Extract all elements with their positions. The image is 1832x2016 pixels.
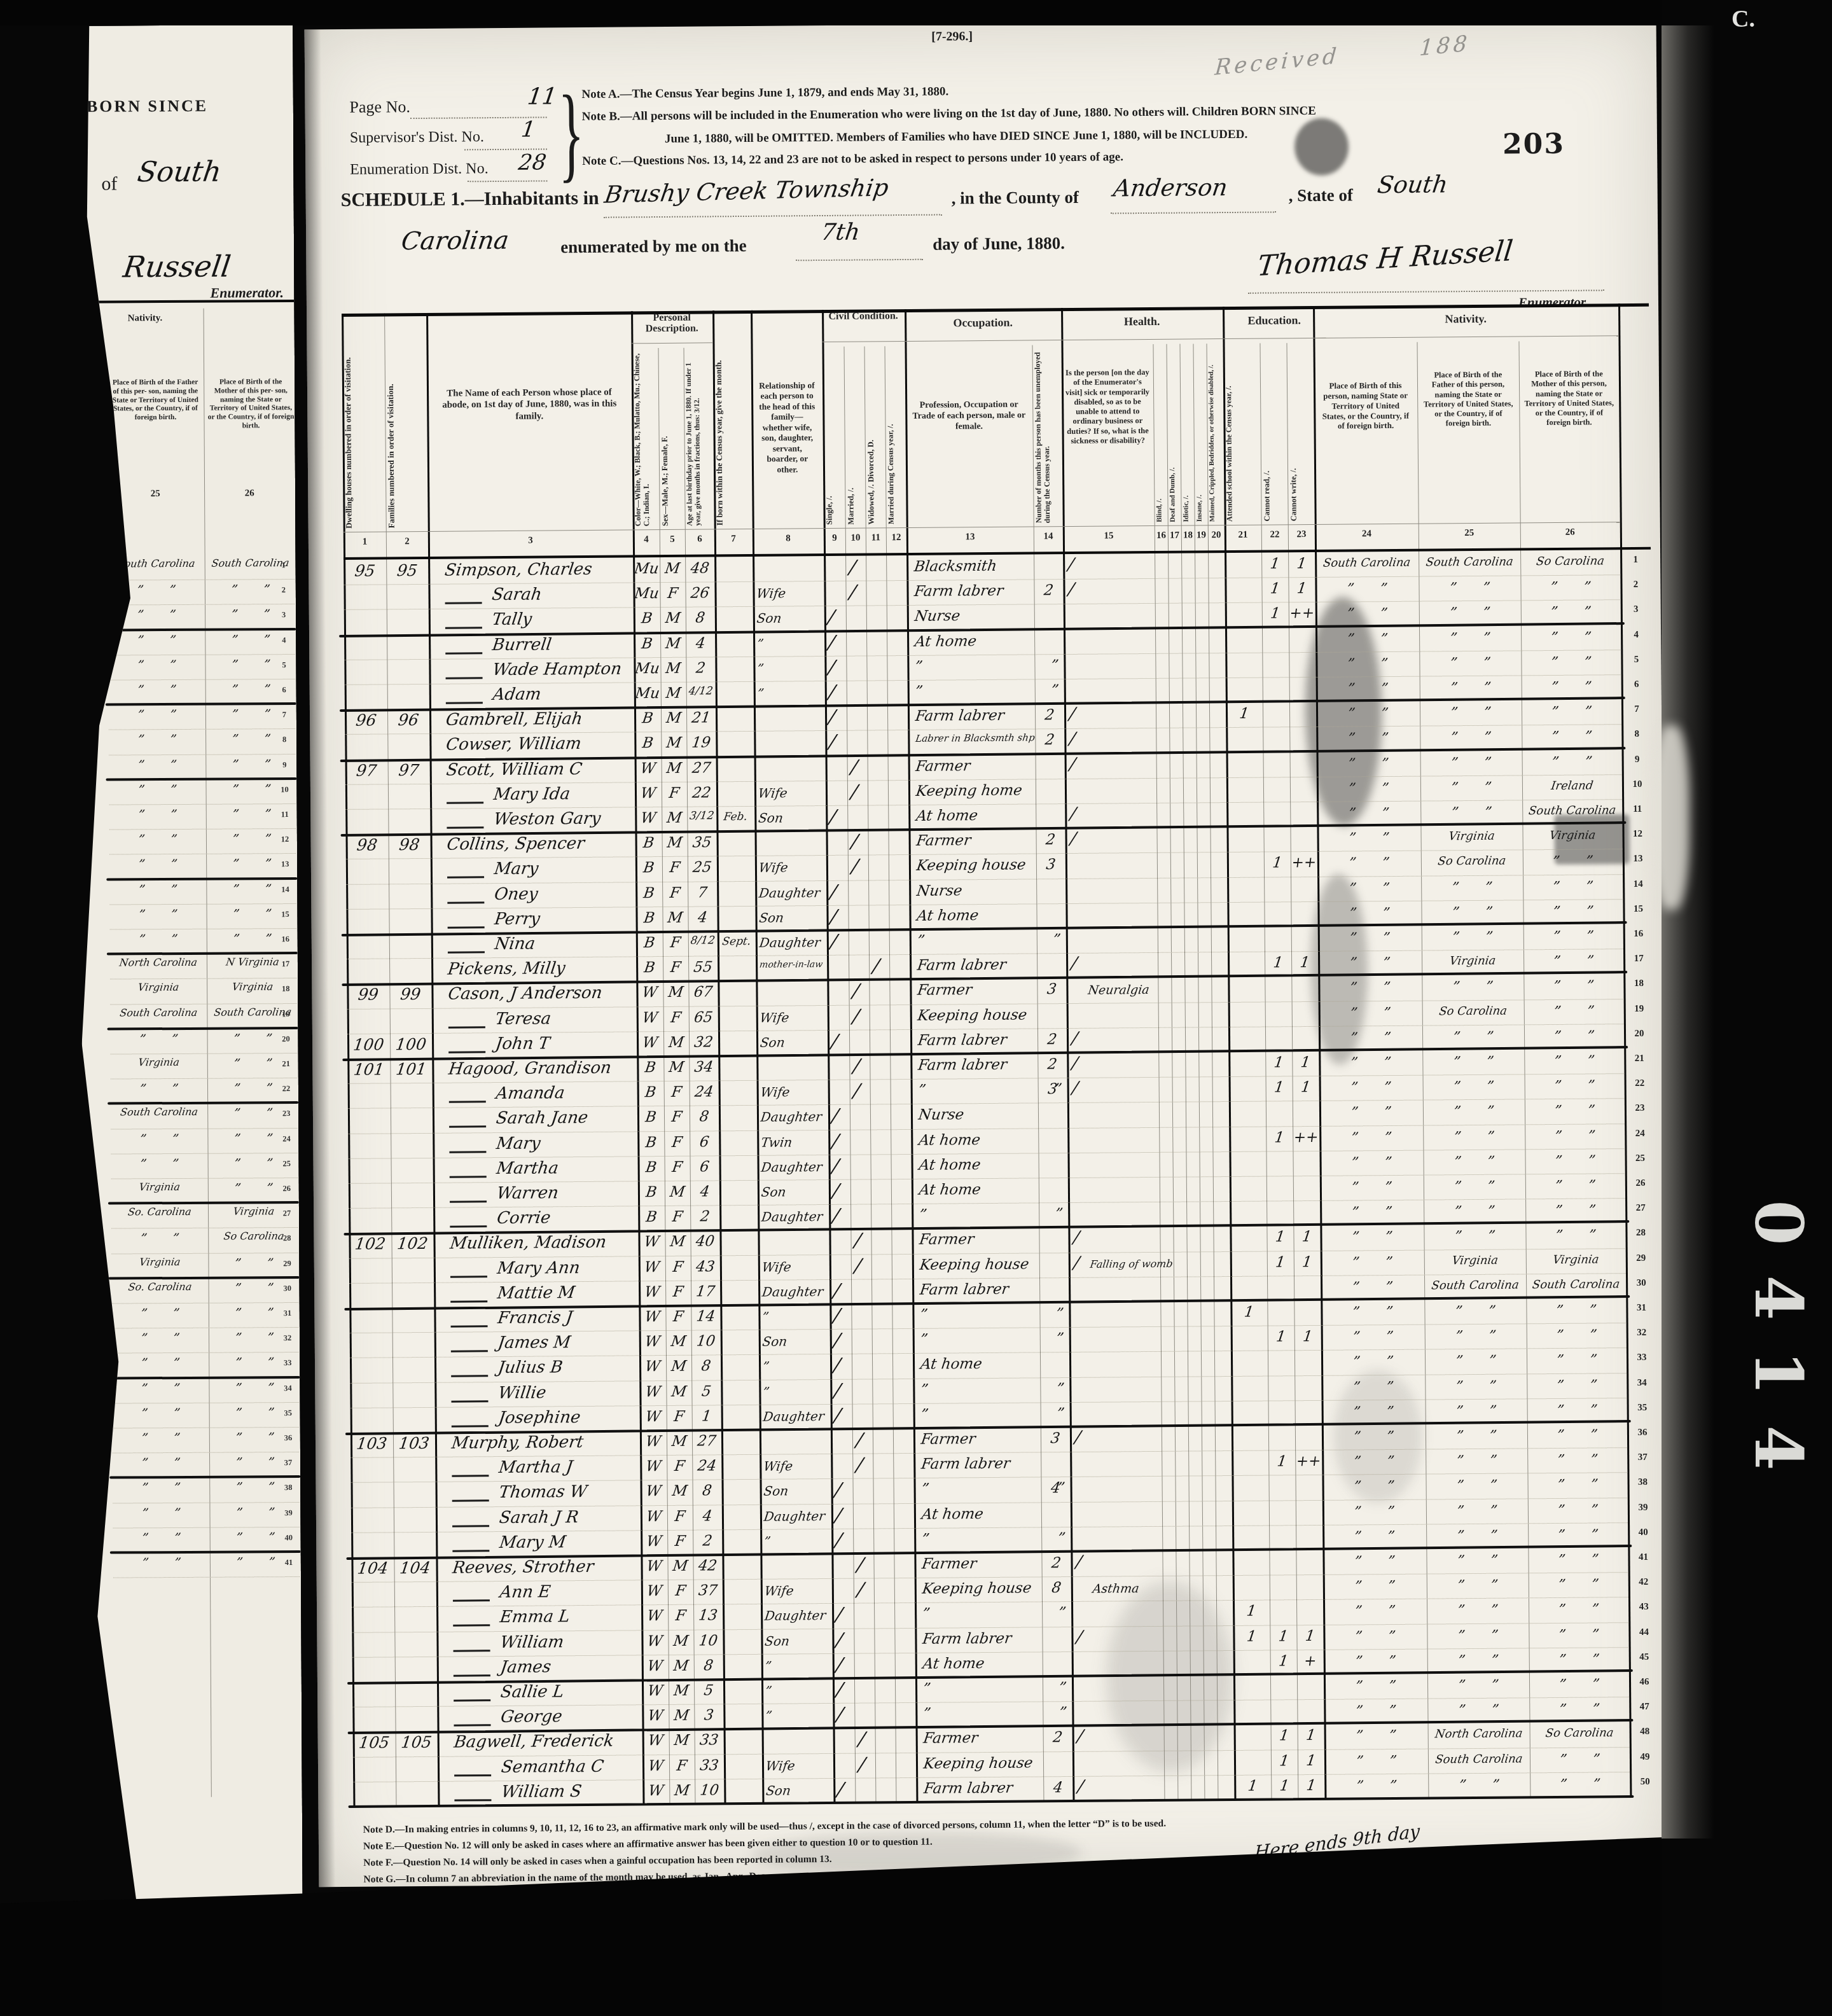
sex-value: F [663, 1109, 690, 1125]
health-mark: / [1068, 704, 1076, 724]
color-value: B [634, 835, 663, 851]
group-underline [1223, 338, 1326, 339]
pob-mother: Virginia [1522, 828, 1623, 842]
name-dash [454, 1799, 491, 1801]
occupation-value: ” ” [922, 1705, 1036, 1722]
pob-father: ” ” [1424, 1303, 1527, 1319]
name-dash [450, 1276, 487, 1277]
note-d: Note D.—In making entries in columns 9, … [363, 1818, 1166, 1836]
color-value: W [641, 1707, 670, 1724]
margin-row-line [112, 1327, 298, 1329]
sex-value: F [668, 1757, 695, 1774]
dwelling-number: 96 [343, 711, 389, 730]
civil-condition-mark: / [857, 1728, 866, 1751]
age-value: 8 [690, 1358, 721, 1375]
education-mark: 1 [1270, 1777, 1299, 1794]
pob-person: ” ” [1322, 1578, 1427, 1595]
pob-mother: So Carolina [1520, 554, 1621, 568]
color-value: W [639, 1384, 667, 1400]
person-name: Collins, Spencer [446, 834, 586, 854]
relationship-value: Son [761, 1334, 788, 1349]
civil-condition-mark: / [852, 1080, 861, 1102]
margin-family-divider [108, 1027, 298, 1031]
sex-value: F [665, 1309, 692, 1325]
person-name: Sarah J R [498, 1508, 579, 1527]
color-value: W [638, 1333, 667, 1350]
person-name: William [499, 1632, 565, 1652]
margin-line-number: 40 [281, 1533, 297, 1543]
pob-mother: ” ” [1523, 1003, 1625, 1020]
education-mark: 1 [1287, 555, 1315, 572]
age-value: 21 [685, 710, 716, 726]
health-mark: / [1071, 1029, 1079, 1048]
civil-condition-mark: / [834, 1529, 843, 1552]
pob-father: ” ” [1418, 580, 1522, 597]
column-header-21: Attended school within the Census year, … [1224, 342, 1259, 522]
margin-line-number: 2 [275, 585, 292, 595]
sex-value: M [660, 710, 687, 726]
education-mark: 1 [1293, 1253, 1321, 1270]
pob-person: ” ” [1319, 1254, 1425, 1270]
column-number-15: 15 [1063, 531, 1155, 542]
relationship-value: Son [760, 1184, 787, 1199]
column-header-23: Cannot write, /. [1287, 342, 1313, 521]
civil-condition-mark: / [855, 1429, 864, 1452]
months-unemployed-value: 2 [1041, 1555, 1072, 1571]
age-value: 4 [684, 635, 716, 651]
relationship-value: Son [756, 611, 782, 626]
margin-line-number: 38 [280, 1483, 296, 1492]
pob-mother: ” ” [1520, 604, 1621, 621]
education-mark: 1 [1269, 1653, 1298, 1669]
occupation-value: Blacksmith [913, 558, 998, 575]
pob-father: ” ” [1421, 1029, 1525, 1045]
months-unemployed-value: 8 [1041, 1580, 1072, 1596]
person-name: Simpson, Charles [443, 560, 593, 580]
column-header-4: Color—White, W.; Black, B.; Mulatto, Mu.… [633, 347, 658, 526]
column-number-26: 26 [1520, 527, 1620, 538]
age-value: 17 [690, 1283, 721, 1300]
pob-person: ” ” [1319, 1204, 1425, 1221]
sex-value: M [668, 1707, 695, 1724]
color-value: B [637, 1209, 666, 1225]
header-brace: } [558, 72, 585, 195]
margin-line-number: 14 [277, 885, 293, 894]
person-name: James [499, 1657, 552, 1677]
pob-father: Virginia [1421, 954, 1525, 968]
name-dash [447, 877, 484, 879]
margin-pob-father: ” ” [113, 1455, 208, 1471]
age-value: 4/12 [685, 685, 716, 697]
relationship-value: Wife [758, 860, 789, 875]
pob-father: ” ” [1420, 879, 1524, 896]
age-value: 32 [688, 1034, 719, 1050]
civil-condition-mark: / [854, 1255, 863, 1277]
color-value: B [635, 910, 663, 926]
color-value: W [637, 1259, 666, 1276]
civil-condition-mark: / [856, 1579, 866, 1601]
group-header-health: Health. [1061, 315, 1223, 328]
age-value: 22 [686, 784, 717, 801]
person-name: Semantha C [500, 1756, 605, 1776]
margin-rule [91, 300, 295, 303]
pob-mother: ” ” [1525, 1352, 1627, 1369]
pob-person: ” ” [1317, 980, 1423, 996]
education-mark: 1 [1270, 1753, 1298, 1769]
margin-row-line [113, 1527, 300, 1529]
margin-line-number: 24 [278, 1134, 295, 1144]
name-dash [452, 1525, 489, 1527]
name-dash [447, 901, 484, 903]
dwelling-number: 102 [348, 1235, 393, 1254]
sex-value: M [666, 1483, 693, 1499]
dwelling-number: 101 [346, 1060, 391, 1079]
line-number: 18 [1626, 978, 1651, 989]
enumerator-signature: Thomas H Russell [1256, 235, 1515, 283]
pob-mother: So Carolina [1529, 1726, 1630, 1740]
line-number: 15 [1625, 904, 1651, 915]
dotted-leader [1111, 211, 1276, 214]
margin-pob-father: South Carolina [111, 1006, 206, 1018]
pob-person: ” ” [1321, 1454, 1427, 1470]
margin-line-number: 21 [278, 1059, 295, 1069]
person-name: Pickens, Milly [447, 959, 566, 978]
education-mark: ++ [1287, 605, 1316, 622]
line-number: 25 [1628, 1153, 1653, 1164]
column-header-18: Idiotic, /. [1181, 342, 1193, 522]
sex-value: F [663, 1158, 691, 1175]
relationship-value: Daughter [758, 885, 821, 901]
civil-condition-mark: / [848, 581, 857, 604]
age-value: 35 [686, 835, 718, 851]
margin-pob-father: ” ” [114, 1480, 209, 1496]
age-value: 19 [686, 735, 717, 751]
relationship-value: ” [756, 636, 765, 651]
margin-line-number: 11 [277, 810, 293, 819]
pob-person: ” ” [1320, 1354, 1426, 1370]
previous-page-fragment: BORN SINCE of South Russell Enumerator. … [51, 25, 302, 1908]
occupation-value: At home [918, 1132, 982, 1149]
person-name: Cason, J Anderson [447, 984, 603, 1004]
enumerator-label-fragment: Enumerator. [210, 284, 284, 302]
line-number: 39 [1630, 1502, 1656, 1513]
family-number: 99 [389, 985, 433, 1004]
column-header-9: Single, /. [823, 345, 843, 525]
margin-line-number: 28 [279, 1234, 295, 1243]
margin-line-number: 41 [281, 1558, 297, 1568]
group-underline [1061, 338, 1223, 340]
person-name: Sarah Jane [495, 1108, 589, 1128]
color-value: W [637, 1284, 666, 1300]
occupation-value: Keeping house [915, 857, 1027, 874]
relationship-value: mother-in-law [759, 959, 823, 970]
pob-mother: ” ” [1523, 1078, 1625, 1094]
education-mark: 1 [1232, 1603, 1270, 1620]
census-page: [7-296.] Received 188 203 Page No. Super… [305, 19, 1671, 1887]
column-header-19: Insane, /. [1194, 342, 1206, 522]
margin-pob-father: ” ” [110, 756, 205, 772]
occupation-value: Farm labrer [917, 1032, 1008, 1049]
occupation-value: ” ” [921, 1605, 1035, 1622]
name-dash [448, 1026, 485, 1028]
margin-pob-father: ” ” [113, 1230, 207, 1246]
margin-row-line [111, 1227, 298, 1229]
civil-condition-mark: / [833, 1379, 842, 1401]
margin-line-number: 6 [276, 685, 293, 695]
relationship-value: ” [756, 686, 765, 701]
civil-condition-mark: / [828, 706, 837, 728]
person-name: Adam [492, 685, 543, 704]
margin-family-divider [107, 952, 298, 956]
group-header-occupation: Occupation. [905, 316, 1061, 330]
margin-row-line [111, 1053, 297, 1055]
sickness-value: Falling of womb [1090, 1257, 1174, 1270]
education-mark: 1 [1263, 855, 1291, 872]
birth-month-value: Feb. [716, 810, 756, 823]
occupation-value: At home [918, 1181, 982, 1199]
age-value: 4 [689, 1183, 720, 1200]
line-number: 13 [1625, 854, 1651, 865]
sex-value: M [661, 810, 688, 826]
education-mark: 1 [1265, 1079, 1293, 1095]
column-number-19: 19 [1195, 530, 1208, 541]
column-header-5: Sex—Male, M.; Female, F. [659, 347, 683, 526]
name-dash [451, 1400, 488, 1402]
sex-value: F [667, 1583, 694, 1599]
margin-row-line [113, 1452, 299, 1454]
sex-value: M [665, 1358, 692, 1375]
mother-birthplace-header-fragment: Place of Birth of the Mother of this per… [207, 378, 295, 431]
dotted-leader [796, 259, 923, 261]
color-value: Mu [632, 560, 661, 577]
pob-person: ” ” [1315, 681, 1420, 697]
pob-person: ” ” [1319, 1129, 1424, 1146]
name-dash [454, 1674, 490, 1676]
pob-person: ” ” [1319, 1154, 1424, 1171]
margin-row-line [113, 1427, 299, 1429]
months-unemployed-value: 2 [1033, 582, 1064, 599]
pob-father: ” ” [1420, 804, 1523, 821]
occupation-value: Farmer [919, 1232, 975, 1249]
color-value: W [639, 1483, 668, 1499]
margin-pob-father: ” ” [111, 1081, 206, 1097]
age-value: 8 [684, 610, 716, 627]
age-value: 10 [693, 1632, 724, 1649]
occupation-value: ” ” [920, 1480, 1034, 1498]
margin-pob-father: ” ” [114, 1530, 209, 1546]
person-name: John T [494, 1034, 551, 1053]
column-header-6: Age at last birthday prior to June 1, 18… [684, 346, 712, 525]
name-dash [451, 1325, 488, 1327]
sex-value: F [663, 1084, 690, 1101]
age-value: 34 [688, 1059, 719, 1075]
pob-person: ” ” [1322, 1528, 1427, 1545]
line-number: 31 [1628, 1303, 1654, 1314]
dwelling-number: 97 [344, 761, 389, 780]
line-number: 21 [1627, 1053, 1652, 1064]
person-name: Oney [493, 884, 539, 904]
line-number: 43 [1631, 1602, 1656, 1613]
occupation-value: Farm labrer [913, 583, 1004, 600]
line-number: 7 [1624, 704, 1649, 715]
sex-value: M [667, 1657, 695, 1674]
line-number: 45 [1632, 1652, 1657, 1663]
sex-value: F [663, 1134, 691, 1150]
column-number-1: 1 [343, 536, 386, 548]
date-label: day of June, 1880. [933, 233, 1065, 254]
pob-father: ” ” [1422, 1053, 1525, 1070]
pob-father: South Carolina [1424, 1278, 1527, 1292]
note-f: Note F.—Question No. 14 will only be ask… [363, 1854, 831, 1869]
sex-value: M [659, 560, 686, 577]
civil-condition-mark: / [855, 1454, 864, 1477]
state-handwriting: South [135, 156, 223, 189]
color-value: W [634, 785, 662, 802]
reel-digit: 4 [1740, 1426, 1816, 1471]
column-number-26: 26 [230, 488, 268, 499]
margin-pob-father: ” ” [111, 856, 205, 872]
education-mark: 1 [1293, 1228, 1321, 1245]
age-value: 8 [693, 1657, 724, 1674]
health-mark: / [1074, 1552, 1083, 1572]
margin-line-number: 30 [279, 1284, 296, 1293]
pob-mother: ” ” [1522, 879, 1624, 895]
margin-line-number: 31 [279, 1309, 296, 1318]
sex-value: F [662, 1009, 690, 1025]
color-value: W [635, 1034, 664, 1051]
occupation-value: ” ” [917, 1081, 1031, 1099]
column-header-3: The Name of each Person whose place of a… [438, 387, 620, 423]
margin-pob-father: ” ” [109, 682, 204, 698]
relationship-value: Daughter [763, 1508, 826, 1524]
person-name: Ann E [499, 1583, 552, 1602]
name-dash [449, 1151, 486, 1153]
months-unemployed-value: 4 [1043, 1779, 1074, 1796]
film-top-band [0, 0, 1832, 25]
column-header-13: Profession, Occupation or Trade of each … [912, 399, 1026, 433]
education-mark: 1 [1297, 1777, 1326, 1794]
occupation-value: Farm labrer [920, 1456, 1011, 1473]
sex-value: M [662, 984, 690, 1001]
name-dash [454, 1774, 491, 1776]
occupation-value: Farmer [915, 832, 972, 849]
margin-pob-father: ” ” [109, 607, 204, 623]
relationship-value: Son [758, 910, 785, 925]
margin-row-line [109, 853, 296, 855]
pob-mother: ” ” [1527, 1502, 1628, 1519]
color-value: W [640, 1558, 669, 1575]
column-number-21: 21 [1225, 530, 1261, 541]
person-name: Mary Ann [496, 1258, 581, 1278]
column-number-25: 25 [136, 489, 174, 499]
pob-father: ” ” [1426, 1552, 1529, 1569]
margin-family-divider [105, 628, 296, 632]
education-mark: 1 [1260, 555, 1289, 572]
months-unemployed-value: 2 [1034, 707, 1065, 723]
reel-digit: 1 [1740, 1351, 1816, 1396]
margin-pob-father: ” ” [111, 931, 205, 947]
civil-condition-mark: / [832, 1280, 842, 1302]
pob-person: ” ” [1321, 1478, 1427, 1495]
education-mark: 1 [1290, 954, 1319, 971]
pob-person: ” ” [1314, 630, 1420, 647]
health-mark: / [1067, 555, 1075, 574]
pob-father: ” ” [1423, 1204, 1527, 1220]
dwelling-number: 105 [352, 1734, 397, 1753]
relationship-value: Son [765, 1783, 792, 1798]
months-unemployed-value: 3 [1039, 1430, 1071, 1447]
name-dash [451, 1375, 488, 1377]
column-number-22: 22 [1261, 529, 1288, 540]
relationship-value: Son [758, 810, 784, 826]
pob-person: ” ” [1321, 1403, 1426, 1420]
months-unemployed-value: 3 [1037, 1081, 1068, 1097]
pob-person: ” ” [1320, 1304, 1426, 1321]
group-header-nativity: Nativity. [1313, 312, 1618, 326]
pob-mother: ” ” [1527, 1552, 1629, 1568]
note-a: Note A.—The Census Year begins June 1, 1… [581, 85, 948, 102]
reel-digit: 4 [1740, 1276, 1816, 1321]
age-value: 27 [691, 1433, 722, 1449]
pob-person: ” ” [1317, 955, 1422, 971]
color-value: B [633, 710, 662, 726]
sex-value: M [665, 1433, 693, 1450]
margin-family-divider [106, 877, 297, 881]
civil-condition-mark: / [850, 781, 859, 803]
education-mark: 1 [1265, 1054, 1293, 1071]
pob-father: ” ” [1419, 705, 1522, 721]
sex-value: F [662, 884, 689, 901]
person-name: Willie [497, 1383, 547, 1403]
margin-pob-father: ” ” [111, 907, 205, 922]
margin-pob-father: Virginia [113, 1255, 207, 1268]
pob-mother: ” ” [1520, 579, 1621, 595]
note-c: Note C.—Questions Nos. 13, 14, 22 and 23… [582, 150, 1123, 169]
pob-mother: ” ” [1529, 1776, 1631, 1793]
sex-value: F [667, 1608, 694, 1624]
line-number: 33 [1629, 1352, 1655, 1363]
margin-line-number: 10 [277, 785, 293, 795]
relationship-value: Daughter [761, 1209, 824, 1225]
margin-pob-father: ” ” [112, 1156, 207, 1172]
census-scan: BORN SINCE of South Russell Enumerator. … [0, 0, 1832, 2016]
table-grid-line [864, 346, 877, 1802]
civil-condition-mark: / [848, 557, 857, 579]
pob-person: ” ” [1315, 755, 1421, 772]
pob-father: ” ” [1426, 1627, 1530, 1644]
civil-condition-mark: / [831, 1105, 840, 1127]
person-name: Tally [491, 610, 533, 630]
column-header-16: Blind, /. [1154, 343, 1166, 522]
education-mark: 1 [1296, 1727, 1325, 1744]
age-value: 10 [690, 1333, 721, 1349]
page-edge-curl [1653, 725, 1690, 910]
pob-father: ” ” [1420, 904, 1524, 921]
civil-condition-mark: / [833, 1405, 842, 1427]
occupation-value: Keeping house [922, 1755, 1034, 1772]
civil-condition-mark: / [827, 606, 836, 629]
margin-pob-father: ” ” [113, 1430, 208, 1446]
pob-father: ” ” [1424, 1353, 1527, 1370]
pob-person: ” ” [1314, 581, 1420, 597]
occupation-value: Farmer [922, 1730, 979, 1748]
person-name: Emma L [499, 1608, 571, 1627]
civil-condition-mark: / [853, 1230, 863, 1252]
civil-condition-mark: / [831, 1155, 840, 1178]
column-header-8: Relationship of each person to the head … [756, 380, 818, 475]
civil-condition-mark: / [835, 1654, 844, 1676]
age-value: 6 [689, 1134, 720, 1150]
